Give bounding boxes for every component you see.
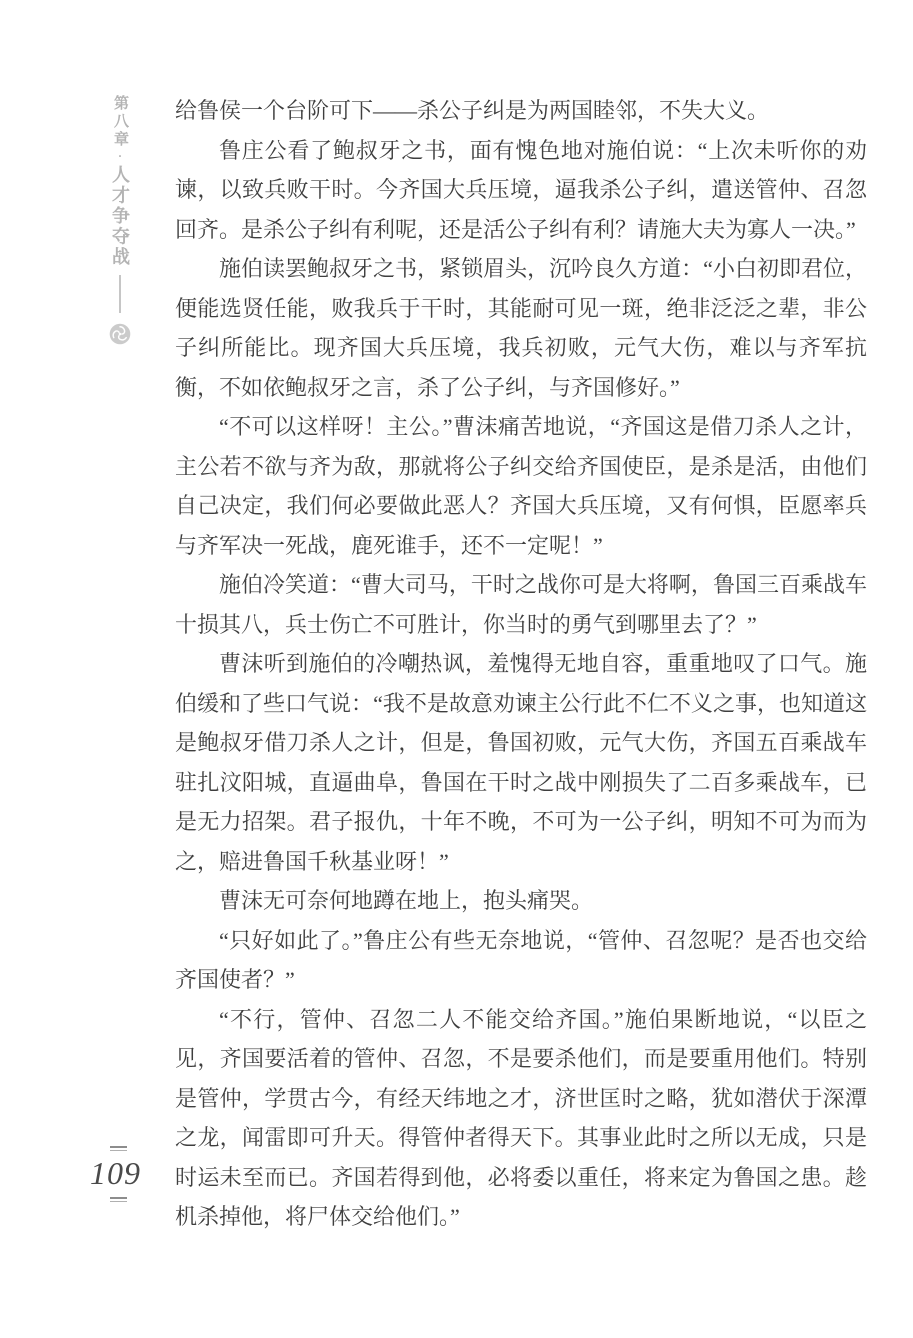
folio-bottom-rule [110, 1197, 127, 1202]
paragraph: “只好如此了。”鲁庄公有些无奈地说，“管仲、召忽呢？是否也交给齐国使者？” [175, 921, 867, 1000]
paragraph: 曹沫无可奈何地蹲在地上，抱头痛哭。 [175, 881, 867, 921]
paragraph: 给鲁侯一个台阶可下——杀公子纠是为两国睦邻，不失大义。 [175, 91, 867, 131]
folio: 109 [88, 1146, 148, 1202]
seal-swirl-icon [108, 322, 132, 346]
folio-top-rule [110, 1146, 127, 1151]
page-number: 109 [90, 1157, 148, 1189]
paragraph: 鲁庄公看了鲍叔牙之书，面有愧色地对施伯说：“上次未听你的劝谏，以致兵败干时。今齐… [175, 131, 867, 250]
sidebar-vertical-rule [119, 275, 121, 313]
paragraph: 施伯读罢鲍叔牙之书，紧锁眉头，沉吟良久方道：“小白初即君位，便能选贤任能，败我兵… [175, 249, 867, 407]
paragraph: “不行，管仲、召忽二人不能交给齐国。”施伯果断地说，“以臣之见，齐国要活着的管仲… [175, 1000, 867, 1237]
paragraph: 曹沫听到施伯的冷嘲热讽，羞愧得无地自容，重重地叹了口气。施伯缓和了些口气说：“我… [175, 644, 867, 881]
paragraph: “不可以这样呀！主公。”曹沫痛苦地说，“齐国这是借刀杀人之计，主公若不欲与齐为敌… [175, 407, 867, 565]
chapter-number: 第八章 [112, 95, 128, 149]
body-text: 给鲁侯一个台阶可下——杀公子纠是为两国睦邻，不失大义。 鲁庄公看了鲍叔牙之书，面… [175, 91, 867, 1237]
chapter-name: 人才争夺战 [110, 165, 130, 268]
chapter-sidebar: 第八章·人才争夺战 [103, 95, 137, 346]
chapter-title-vertical: 第八章·人才争夺战 [111, 95, 129, 268]
book-page: 第八章·人才争夺战 给鲁侯一个台阶可下——杀公子纠是为两国睦邻，不失大义。 鲁庄… [0, 0, 913, 1338]
chapter-separator: · [113, 149, 127, 165]
paragraph: 施伯冷笑道：“曹大司马，干时之战你可是大将啊，鲁国三百乘战车十损其八，兵士伤亡不… [175, 565, 867, 644]
